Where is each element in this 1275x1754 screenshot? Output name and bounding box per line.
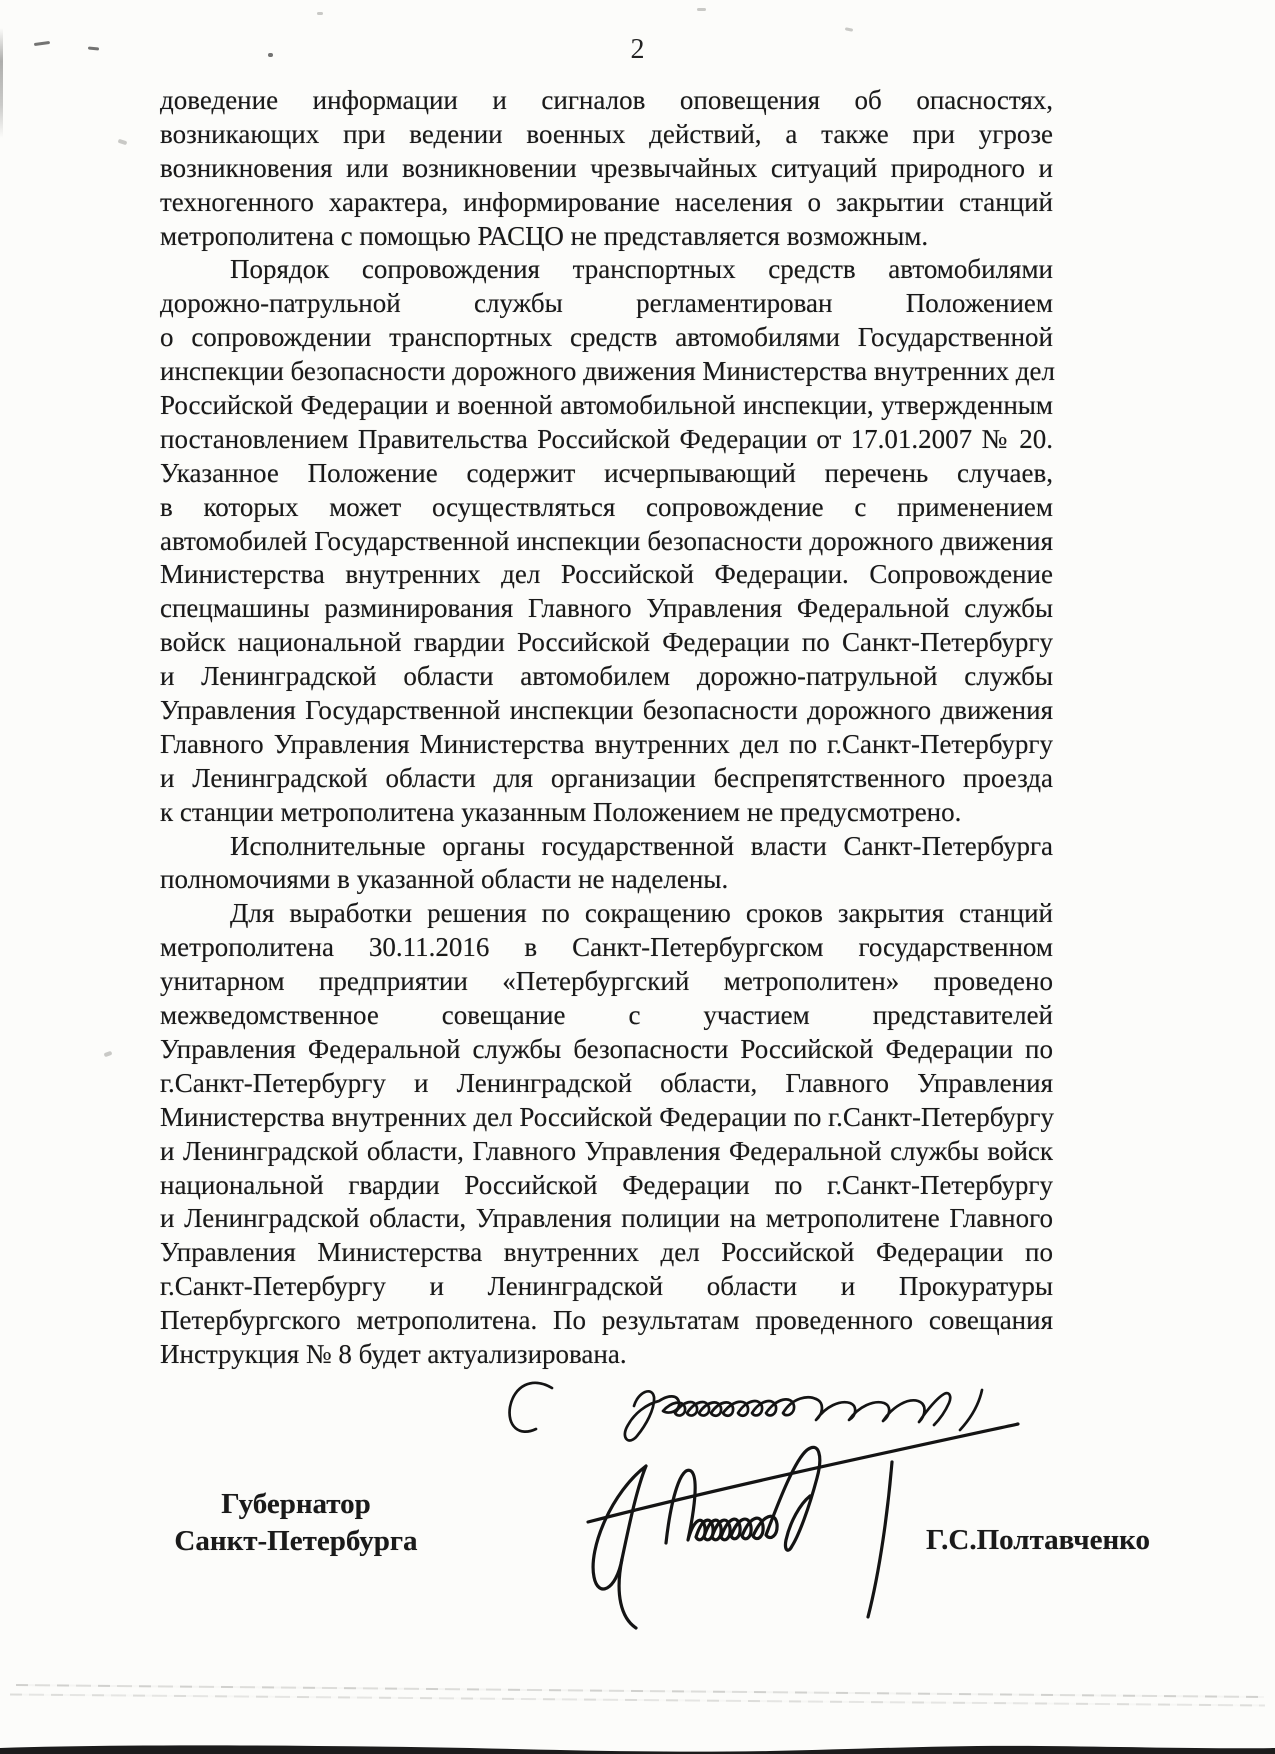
- scan-artifact: [118, 139, 128, 146]
- signer-name: Г.С.Полтавченко: [926, 1524, 1150, 1557]
- text-line: постановлением Правительства Российской …: [160, 423, 1053, 457]
- text-line: Главного Управления Министерства внутрен…: [160, 728, 1053, 762]
- text-line: и Ленинградской области, Главного Управл…: [160, 1135, 1053, 1169]
- text-line: Петербургского метрополитена. По результ…: [160, 1304, 1053, 1338]
- text-line: метрополитена с помощью РАСЦО не предста…: [160, 220, 1053, 254]
- text-line: Российской Федерации и военной автомобил…: [160, 389, 1053, 423]
- handwritten-closing-and-signature: С уважением,: [440, 1370, 1100, 1650]
- handwritten-closing: [510, 1383, 982, 1441]
- text-line: возникновения или возникновении чрезвыча…: [160, 152, 1053, 186]
- text-line: Министерства внутренних дел Российской Ф…: [160, 558, 1053, 592]
- text-line: техногенного характера, информирование н…: [160, 186, 1053, 220]
- scan-artifact: [845, 27, 853, 32]
- text-line: Для выработки решения по сокращению срок…: [160, 897, 1053, 931]
- document-body: доведение информации и сигналов оповещен…: [160, 84, 1053, 1372]
- text-line: автомобилей Государственной инспекции бе…: [160, 525, 1053, 559]
- text-line: национальной гвардии Российской Федераци…: [160, 1169, 1053, 1203]
- text-line: Управления Федеральной службы безопаснос…: [160, 1033, 1053, 1067]
- text-line: Управления Министерства внутренних дел Р…: [160, 1236, 1053, 1270]
- text-line: Инструкция № 8 будет актуализирована.: [160, 1338, 1053, 1372]
- text-line: войск национальной гвардии Российской Фе…: [160, 626, 1053, 660]
- text-line: о сопровождении транспортных средств авт…: [160, 321, 1053, 355]
- page-number: 2: [0, 34, 1275, 66]
- text-line: межведомственное совещание с участием пр…: [160, 999, 1053, 1033]
- text-line: полномочиями в указанной области не наде…: [160, 863, 1053, 897]
- signer-title: Губернатор Санкт-Петербурга: [168, 1486, 424, 1560]
- text-line: метрополитена 30.11.2016 в Санкт-Петербу…: [160, 931, 1053, 965]
- scan-artifact: [268, 53, 273, 57]
- text-line: и Ленинградской области, Управления поли…: [160, 1202, 1053, 1236]
- text-line: инспекции безопасности дорожного движени…: [160, 355, 1053, 389]
- scan-artifact: [104, 1051, 113, 1057]
- scan-artifact: [697, 8, 706, 11]
- text-line: и Ленинградской области для организации …: [160, 762, 1053, 796]
- text-line: доведение информации и сигналов оповещен…: [160, 84, 1053, 118]
- text-line: и Ленинградской области автомобилем доро…: [160, 660, 1053, 694]
- text-line: Указанное Положение содержит исчерпывающ…: [160, 457, 1053, 491]
- text-line: Исполнительные органы государственной вл…: [160, 830, 1053, 864]
- text-line: г.Санкт-Петербургу и Ленинградской облас…: [160, 1270, 1053, 1304]
- text-line: в которых может осуществляться сопровожд…: [160, 491, 1053, 525]
- text-line: г.Санкт-Петербургу и Ленинградской облас…: [160, 1067, 1053, 1101]
- text-line: Министерства внутренних дел Российской Ф…: [160, 1101, 1053, 1135]
- scan-artifact: [0, 1738, 1275, 1754]
- signer-title-line1: Губернатор: [168, 1486, 424, 1523]
- text-line: возникающих при ведении военных действий…: [160, 118, 1053, 152]
- text-line: к станции метрополитена указанным Положе…: [160, 796, 1053, 830]
- signer-title-line2: Санкт-Петербурга: [168, 1523, 424, 1560]
- scanned-document-page: 2 доведение информации и сигналов оповещ…: [0, 0, 1275, 1754]
- scan-artifact: [0, 28, 3, 138]
- scan-artifact: [317, 12, 323, 15]
- text-line: Управления Государственной инспекции без…: [160, 694, 1053, 728]
- text-line: спецмашины разминирования Главного Управ…: [160, 592, 1053, 626]
- text-line: дорожно-патрульной службы регламентирова…: [160, 287, 1053, 321]
- text-line: Порядок сопровождения транспортных средс…: [160, 253, 1053, 287]
- text-line: унитарном предприятии «Петербургский мет…: [160, 965, 1053, 999]
